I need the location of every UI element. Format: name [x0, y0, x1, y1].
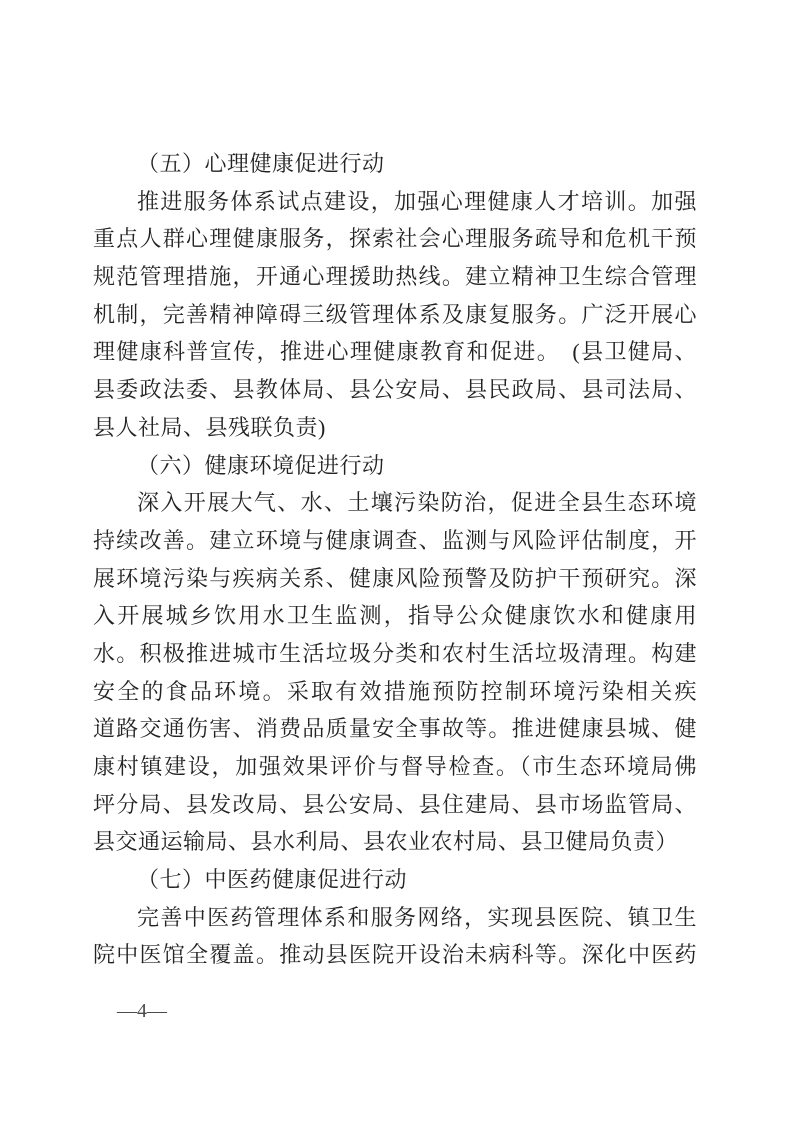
text-line: 县委政法委、县教体局、县公安局、县民政局、县司法局、 — [93, 371, 697, 409]
text-line: 县交通运输局、县水利局、县农业农村局、县卫健局负责） — [93, 823, 697, 861]
page-number: —4— — [117, 1000, 167, 1023]
text-line: 完善中医药管理体系和服务网络，实现县医院、镇卫生 — [93, 899, 697, 937]
text-line: 安全的食品环境。采取有效措施预防控制环境污染相关疾病、 — [93, 673, 697, 711]
document-page: （五）心理健康促进行动 推进服务体系试点建设，加强心理健康人才培训。加强 重点人… — [0, 0, 793, 1122]
text-line: 机制，完善精神障碍三级管理体系及康复服务。广泛开展心 — [93, 296, 697, 334]
text-line: 康村镇建设，加强效果评价与督导检查。（市生态环境局佛 — [93, 748, 697, 786]
text-line: 入开展城乡饮用水卫生监测，指导公众健康饮水和健康用 — [93, 597, 697, 635]
text-line: 坪分局、县发改局、县公安局、县住建局、县市场监管局、 — [93, 786, 697, 824]
text-line: 县人社局、县残联负责) — [93, 409, 697, 447]
text-line: 水。积极推进城市生活垃圾分类和农村生活垃圾清理。构建 — [93, 635, 697, 673]
text-line: 推进服务体系试点建设，加强心理健康人才培训。加强 — [93, 183, 697, 221]
text-line: 院中医馆全覆盖。推动县医院开设治未病科等。深化中医药 — [93, 936, 697, 974]
text-line: 深入开展大气、水、土壤污染防治，促进全县生态环境 — [93, 484, 697, 522]
section-6-heading: （六）健康环境促进行动 — [93, 447, 697, 485]
text-line: 展环境污染与疾病关系、健康风险预警及防护干预研究。深 — [93, 560, 697, 598]
text-line: 道路交通伤害、消费品质量安全事故等。推进健康县城、健 — [93, 710, 697, 748]
text-line: 重点人群心理健康服务，探索社会心理服务疏导和危机干预 — [93, 220, 697, 258]
section-7-heading: （七）中医药健康促进行动 — [93, 861, 697, 899]
section-5-heading: （五）心理健康促进行动 — [93, 145, 697, 183]
text-line: 持续改善。建立环境与健康调查、监测与风险评估制度，开 — [93, 522, 697, 560]
text-line: 理健康科普宣传，推进心理健康教育和促进。 (县卫健局、 — [93, 333, 697, 371]
document-body: （五）心理健康促进行动 推进服务体系试点建设，加强心理健康人才培训。加强 重点人… — [93, 145, 697, 974]
text-line: 规范管理措施，开通心理援助热线。建立精神卫生综合管理 — [93, 258, 697, 296]
